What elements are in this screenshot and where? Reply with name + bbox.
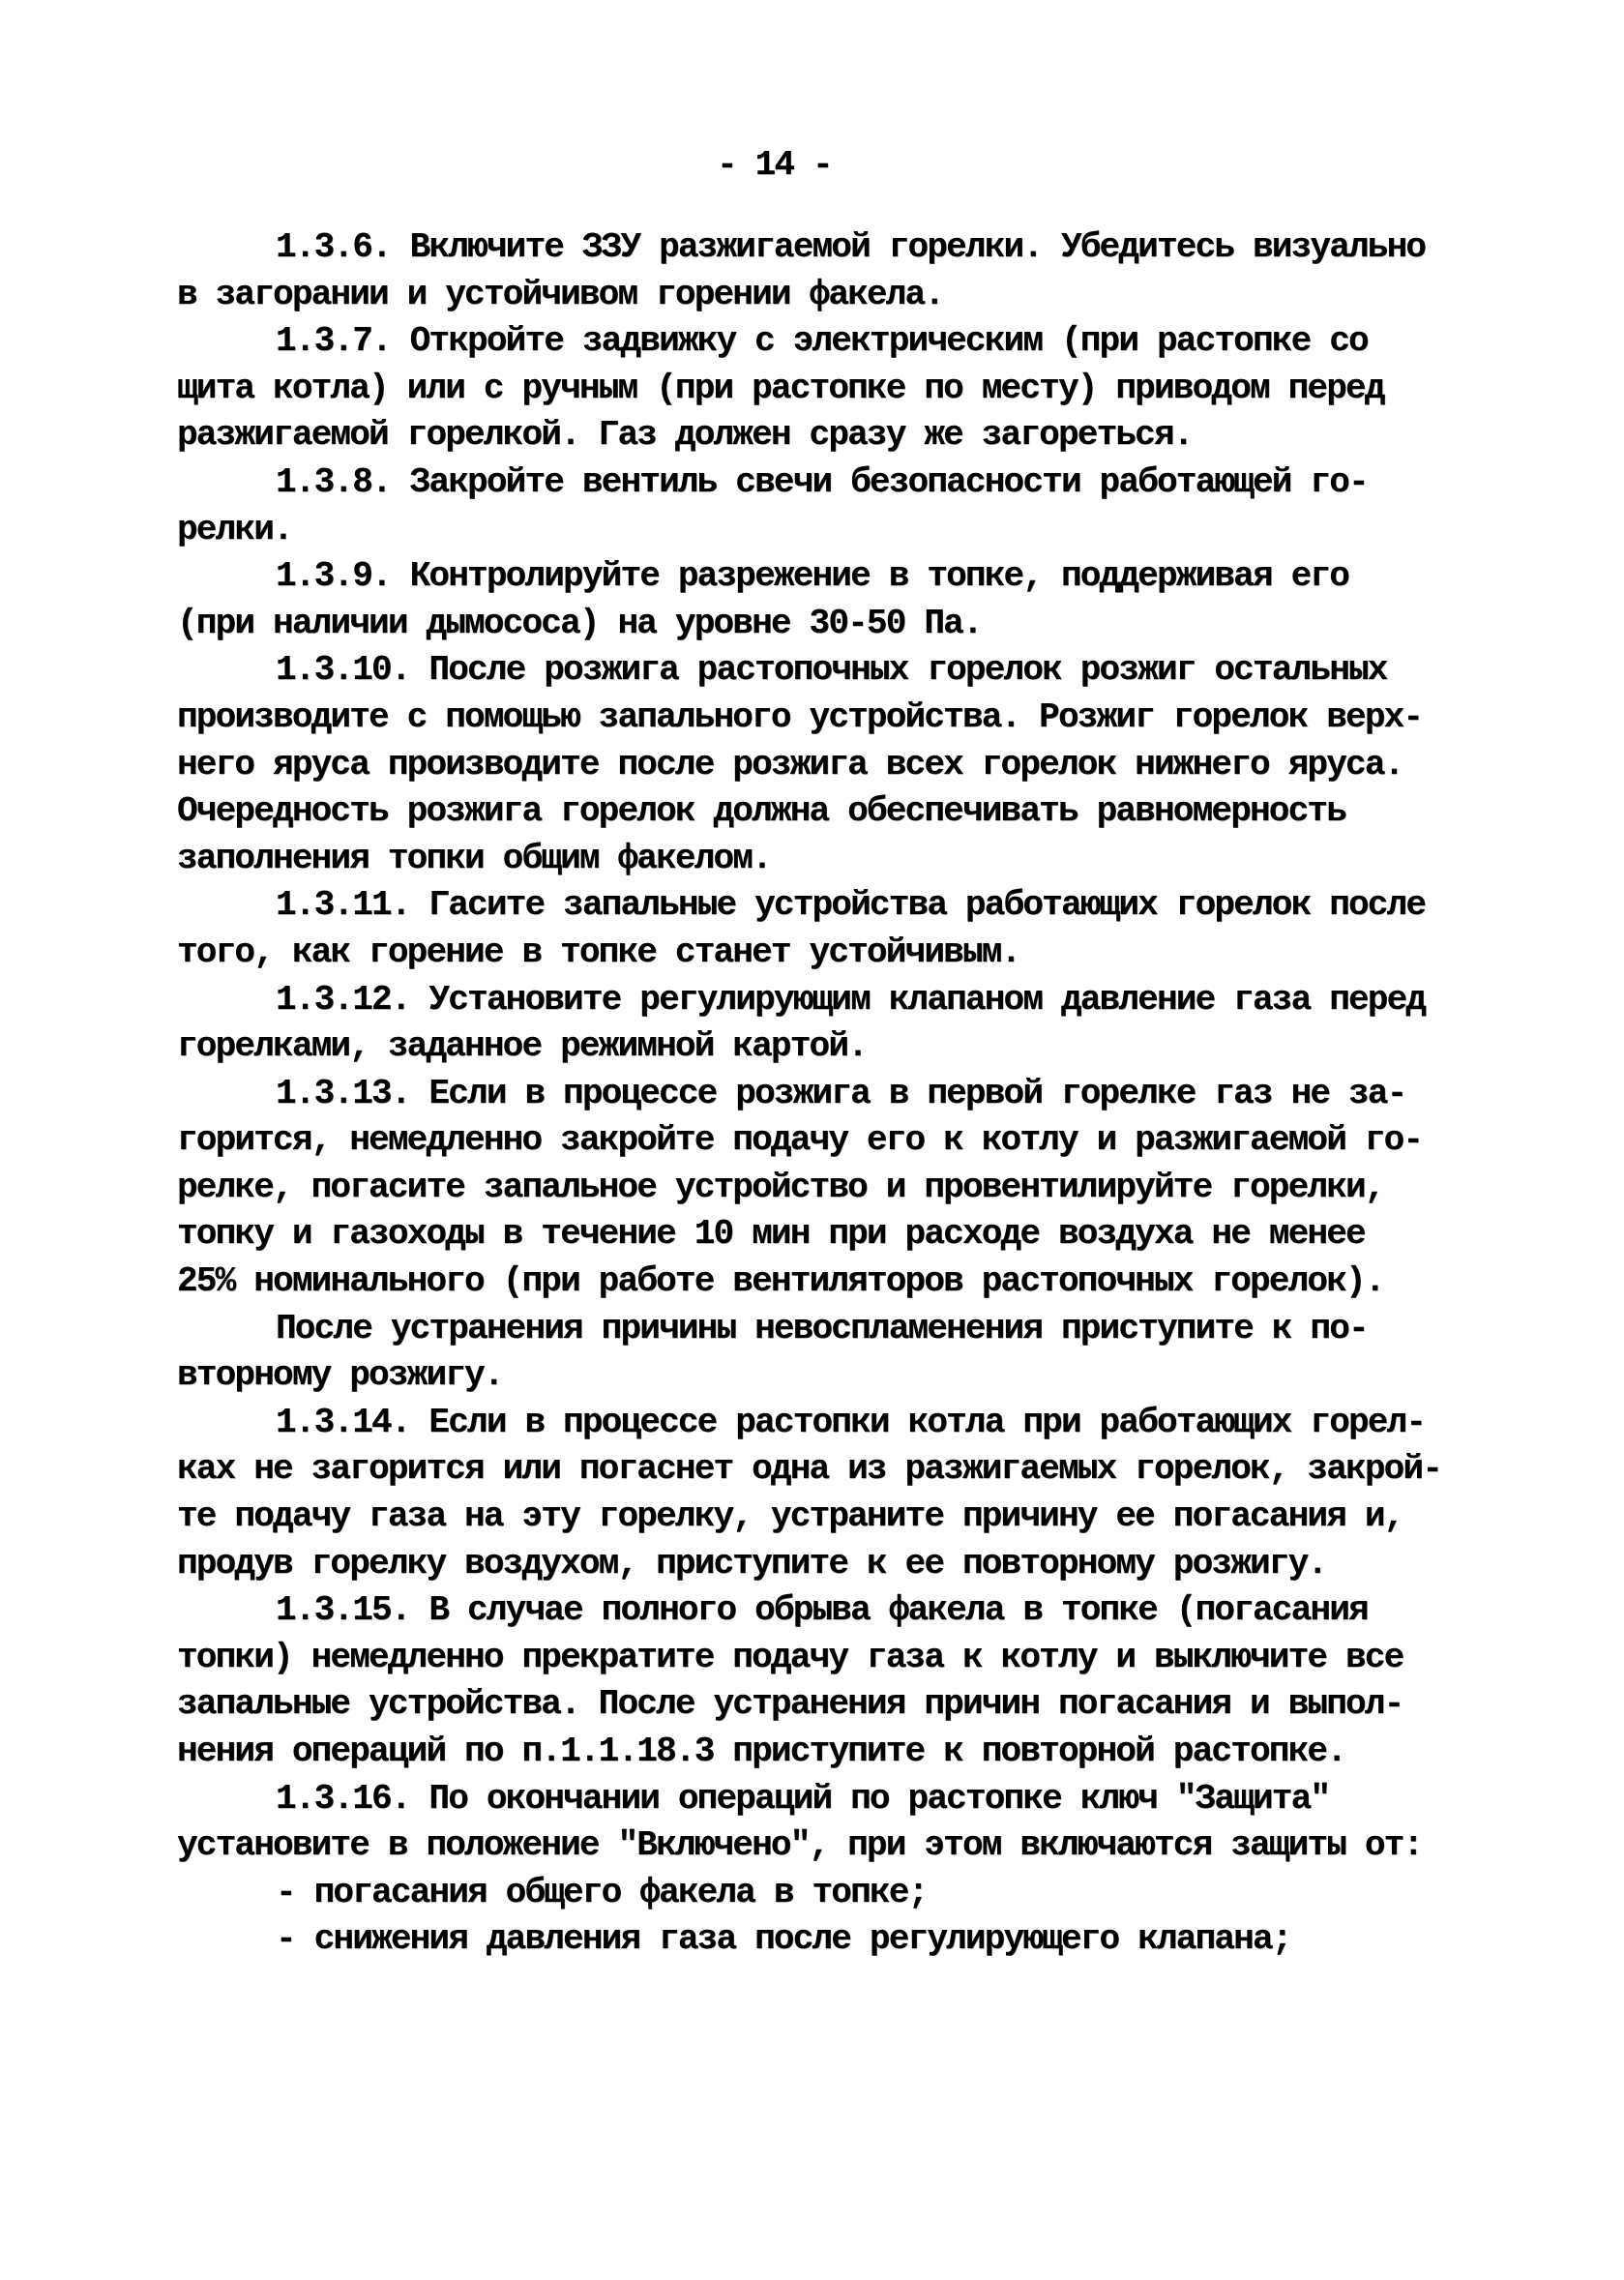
bullet-item: - погасания общего факела в топке; [177,1870,1492,1917]
paragraph: 1.3.7. Откройте задвижку с электрическим… [177,318,1492,459]
scanned-document-page: - 14 - 1.3.6. Включите ЗЗУ разжигаемой г… [0,0,1624,2280]
text-line: топку и газоходы в течение 10 мин при ра… [177,1211,1492,1258]
text-line: щита котла) или с ручным (при растопке п… [177,366,1492,413]
paragraph: 1.3.9. Контролируйте разрежение в топке,… [177,553,1492,647]
paragraph: 1.3.8. Закройте вентиль свечи безопаснос… [177,459,1492,553]
text-line: нения операций по п.1.1.18.3 приступите … [177,1729,1492,1776]
text-line: - снижения давления газа после регулирую… [177,1916,1492,1964]
paragraph: 1.3.13. Если в процессе розжига в первой… [177,1071,1492,1306]
text-line: После устранения причины невоспламенения… [177,1306,1492,1353]
text-line: 1.3.9. Контролируйте разрежение в топке,… [177,553,1492,601]
paragraph: 1.3.14. Если в процессе растопки котла п… [177,1400,1492,1587]
text-line: 1.3.13. Если в процессе розжига в первой… [177,1071,1492,1118]
text-line: 1.3.14. Если в процессе растопки котла п… [177,1400,1492,1447]
text-line: продув горелку воздухом, приступите к ее… [177,1541,1492,1588]
text-line: него яруса производите после розжига все… [177,742,1492,789]
paragraph: 1.3.12. Установите регулирующим клапаном… [177,977,1492,1071]
text-line: 1.3.6. Включите ЗЗУ разжигаемой горелки.… [177,224,1492,272]
text-line: (при наличии дымососа) на уровне 30-50 П… [177,601,1492,648]
text-line: 1.3.12. Установите регулирующим клапаном… [177,977,1492,1024]
text-line: 1.3.11. Гасите запальные устройства рабо… [177,882,1492,930]
text-line: того, как горение в топке станет устойчи… [177,930,1492,977]
text-line: разжигаемой горелкой. Газ должен сразу ж… [177,412,1492,459]
paragraph: 1.3.15. В случае полного обрыва факела в… [177,1587,1492,1775]
paragraph: После устранения причины невоспламенения… [177,1306,1492,1400]
text-line: запальные устройства. После устранения п… [177,1681,1492,1729]
document-body-text: 1.3.6. Включите ЗЗУ разжигаемой горелки.… [177,224,1492,1964]
text-line: 1.3.15. В случае полного обрыва факела в… [177,1587,1492,1635]
paragraph: 1.3.16. По окончании операций по растопк… [177,1776,1492,1870]
text-line: релки. [177,507,1492,554]
paragraph: 1.3.11. Гасите запальные устройства рабо… [177,882,1492,976]
text-line: установите в положение "Включено", при э… [177,1822,1492,1870]
text-line: Очередность розжига горелок должна обесп… [177,788,1492,836]
text-line: те подачу газа на эту горелку, устраните… [177,1494,1492,1541]
text-line: топки) немедленно прекратите подачу газа… [177,1635,1492,1682]
text-line: ках не загорится или погаснет одна из ра… [177,1446,1492,1494]
paragraph: 1.3.10. После розжига растопочных горело… [177,647,1492,882]
text-line: 1.3.10. После розжига растопочных горело… [177,647,1492,695]
text-line: вторному розжигу. [177,1352,1492,1400]
text-line: - погасания общего факела в топке; [177,1870,1492,1917]
paragraph: 1.3.6. Включите ЗЗУ разжигаемой горелки.… [177,224,1492,318]
text-line: 25% номинального (при работе вентиляторо… [177,1258,1492,1306]
text-line: в загорании и устойчивом горении факела. [177,272,1492,319]
text-line: 1.3.16. По окончании операций по растопк… [177,1776,1492,1823]
text-line: релке, погасите запальное устройство и п… [177,1165,1492,1212]
bullet-item: - снижения давления газа после регулирую… [177,1916,1492,1964]
text-line: горится, немедленно закройте подачу его … [177,1117,1492,1165]
text-line: заполнения топки общим факелом. [177,836,1492,883]
page-number: - 14 - [717,145,832,185]
text-line: горелками, заданное режимной картой. [177,1023,1492,1071]
text-line: 1.3.8. Закройте вентиль свечи безопаснос… [177,459,1492,507]
text-line: производите с помощью запального устройс… [177,695,1492,742]
text-line: 1.3.7. Откройте задвижку с электрическим… [177,318,1492,366]
